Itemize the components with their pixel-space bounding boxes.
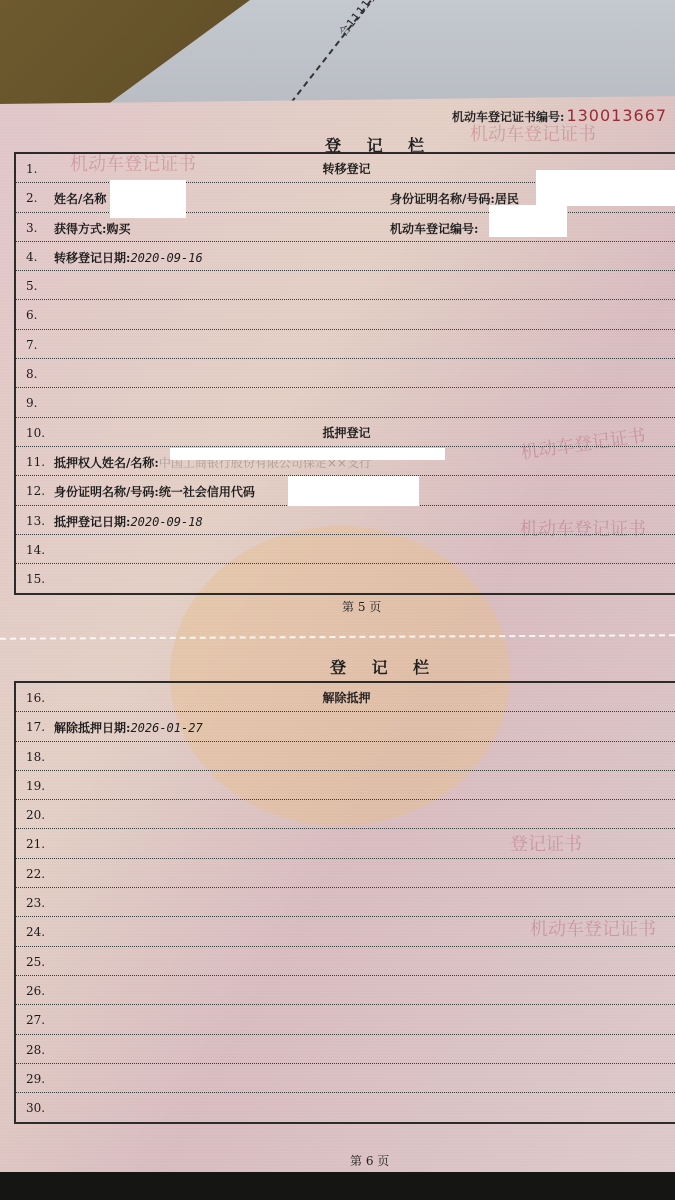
form-row: 19. — [16, 771, 675, 800]
field-label: 身份证明名称/号码:统一社会信用代码 — [54, 483, 255, 500]
form-row: 25. — [16, 947, 675, 976]
row-number: 9. — [26, 396, 37, 410]
row-number: 4. — [26, 250, 37, 264]
page5-form: 1.转移登记2.姓名/名称身份证明名称/号码:居民3.获得方式:购买机动车登记编… — [14, 152, 675, 595]
table-surface-bottom — [0, 1172, 675, 1200]
row-number: 24. — [26, 925, 45, 939]
form-row: 6. — [16, 300, 675, 329]
row-number: 13. — [26, 514, 45, 528]
field-label: 抵押登记日期:2020-09-18 — [54, 513, 203, 530]
row-number: 2. — [26, 191, 37, 205]
row-number: 3. — [26, 221, 37, 235]
form-row: 30. — [16, 1093, 675, 1122]
form-row: 27. — [16, 1005, 675, 1034]
form-row: 26. — [16, 976, 675, 1005]
row-number: 6. — [26, 308, 37, 322]
form-row: 29. — [16, 1064, 675, 1093]
row-number: 30. — [26, 1101, 45, 1115]
row-number: 23. — [26, 896, 45, 910]
form-row: 7. — [16, 330, 675, 359]
section-heading: 抵押登记 — [16, 424, 675, 441]
section-heading: 解除抵押 — [16, 689, 675, 706]
row-number: 12. — [26, 484, 45, 498]
row-number: 20. — [26, 808, 45, 822]
field-label: 解除抵押日期:2026-01-27 — [54, 719, 203, 736]
field-label: 获得方式:购买 — [54, 220, 130, 237]
row-number: 15. — [26, 572, 45, 586]
field-label-right: 机动车登记编号: — [390, 220, 478, 237]
field-value: 2026-01-27 — [130, 721, 202, 735]
form-row: 9. — [16, 388, 675, 417]
row-number: 19. — [26, 779, 45, 793]
redaction-credit-code — [288, 476, 419, 506]
row-number: 5. — [26, 279, 37, 293]
form-row: 5. — [16, 271, 675, 300]
row-number: 21. — [26, 837, 45, 851]
form-row: 17.解除抵押日期:2026-01-27 — [16, 712, 675, 741]
row-number: 18. — [26, 750, 45, 764]
row-number: 28. — [26, 1043, 45, 1057]
redaction-vehicle-reg-number — [489, 205, 567, 237]
form-row: 24. — [16, 917, 675, 946]
row-number: 22. — [26, 867, 45, 881]
certificate-number-label: 机动车登记证书编号: — [452, 110, 564, 124]
form-row: 28. — [16, 1035, 675, 1064]
redaction-mortgagee — [170, 448, 445, 460]
page6-number: 第 6 页 — [350, 1152, 389, 1169]
form-row: 10.抵押登记 — [16, 418, 675, 447]
row-number: 25. — [26, 955, 45, 969]
redaction-id-number — [536, 170, 675, 206]
page6-form: 16.解除抵押17.解除抵押日期:2026-01-2718.19.20.21.2… — [14, 681, 675, 1124]
form-row: 21. — [16, 829, 675, 858]
form-row: 22. — [16, 859, 675, 888]
row-number: 11. — [26, 455, 45, 469]
row-number: 8. — [26, 367, 37, 381]
row-number: 26. — [26, 984, 45, 998]
form-row: 13.抵押登记日期:2020-09-18 — [16, 506, 675, 535]
page6-title: 登 记 栏 — [330, 655, 439, 678]
row-number: 14. — [26, 543, 45, 557]
form-row: 15. — [16, 564, 675, 593]
field-label: 姓名/名称 — [54, 190, 106, 207]
redaction-name — [110, 180, 186, 218]
form-row: 4.转移登记日期:2020-09-16 — [16, 242, 675, 271]
form-row: 20. — [16, 800, 675, 829]
page5-number: 第 5 页 — [342, 598, 381, 615]
field-value: 2020-09-16 — [130, 251, 202, 265]
field-label: 转移登记日期:2020-09-16 — [54, 249, 203, 266]
form-row: 16.解除抵押 — [16, 683, 675, 712]
form-row: 14. — [16, 535, 675, 564]
certificate-number-value: 130013667 — [566, 106, 667, 125]
row-number: 7. — [26, 338, 37, 352]
certificate-number: 机动车登记证书编号:130013667 — [452, 106, 667, 125]
field-value: 购买 — [106, 222, 130, 236]
field-value: 2020-09-18 — [130, 515, 202, 529]
form-row: 8. — [16, 359, 675, 388]
row-number: 17. — [26, 720, 45, 734]
row-number: 29. — [26, 1072, 45, 1086]
row-number: 27. — [26, 1013, 45, 1027]
form-row: 23. — [16, 888, 675, 917]
form-row: 18. — [16, 742, 675, 771]
field-value: 统一社会信用代码 — [159, 485, 255, 499]
page5-title: 登 记 栏 — [325, 133, 434, 156]
